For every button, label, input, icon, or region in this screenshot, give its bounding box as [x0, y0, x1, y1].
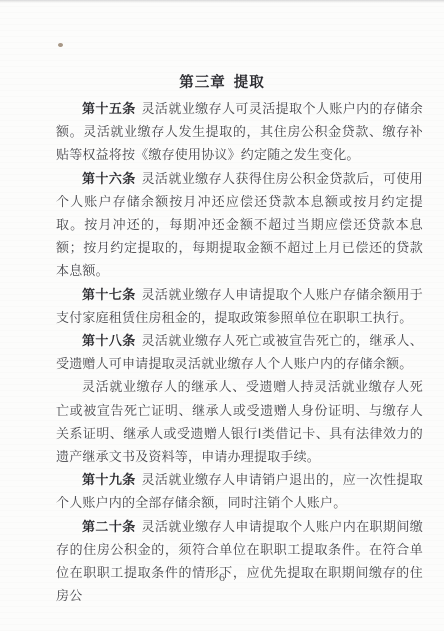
article-18-continuation-text: 灵活就业缴存人的继承人、受遗赠人持灵活就业缴存人死亡或被宣告死亡证明、继承人或受…: [56, 379, 423, 464]
article-19-paragraph: 第十九条灵活就业缴存人申请销户退出的，应一次性提取个人账户内的全部存储余额，同时…: [56, 468, 423, 514]
article-17-paragraph: 第十七条灵活就业缴存人申请提取个人账户存储余额用于支付家庭租赁住房租金的，提取政…: [56, 283, 423, 329]
scan-speck-artifact: [58, 43, 63, 47]
article-19-number: 第十九条: [82, 472, 136, 487]
article-16-text: 灵活就业缴存人获得住房公积金贷款后，可使用个人账户存储余额按月冲还应偿还贷款本息…: [56, 171, 423, 279]
article-18-number: 第十八条: [82, 333, 136, 348]
document-page: 第三章 提取 第十五条灵活就业缴存人可灵活提取个人账户内的存储余额。灵活就业缴存…: [0, 0, 444, 631]
article-16-number: 第十六条: [82, 171, 136, 186]
chapter-heading: 第三章 提取: [0, 74, 444, 92]
article-15-number: 第十五条: [82, 101, 136, 116]
document-body: 第十五条灵活就业缴存人可灵活提取个人账户内的存储余额。灵活就业缴存人发生提取的，…: [56, 97, 423, 607]
article-18-paragraph: 第十八条灵活就业缴存人死亡或被宣告死亡的，继承人、受遗赠人可申请提取灵活就业缴存…: [56, 329, 423, 375]
page-number: 6: [0, 570, 444, 585]
article-20-paragraph: 第二十条灵活就业缴存人申请提取个人账户内在职期间缴存的住房公积金的，须符合单位在…: [56, 515, 423, 608]
article-16-paragraph: 第十六条灵活就业缴存人获得住房公积金贷款后，可使用个人账户存储余额按月冲还应偿还…: [56, 167, 423, 283]
article-15-paragraph: 第十五条灵活就业缴存人可灵活提取个人账户内的存储余额。灵活就业缴存人发生提取的，…: [56, 97, 423, 167]
article-17-number: 第十七条: [82, 287, 136, 302]
article-20-number: 第二十条: [82, 519, 136, 534]
article-18-continuation-paragraph: 灵活就业缴存人的继承人、受遗赠人持灵活就业缴存人死亡或被宣告死亡证明、继承人或受…: [56, 375, 423, 468]
